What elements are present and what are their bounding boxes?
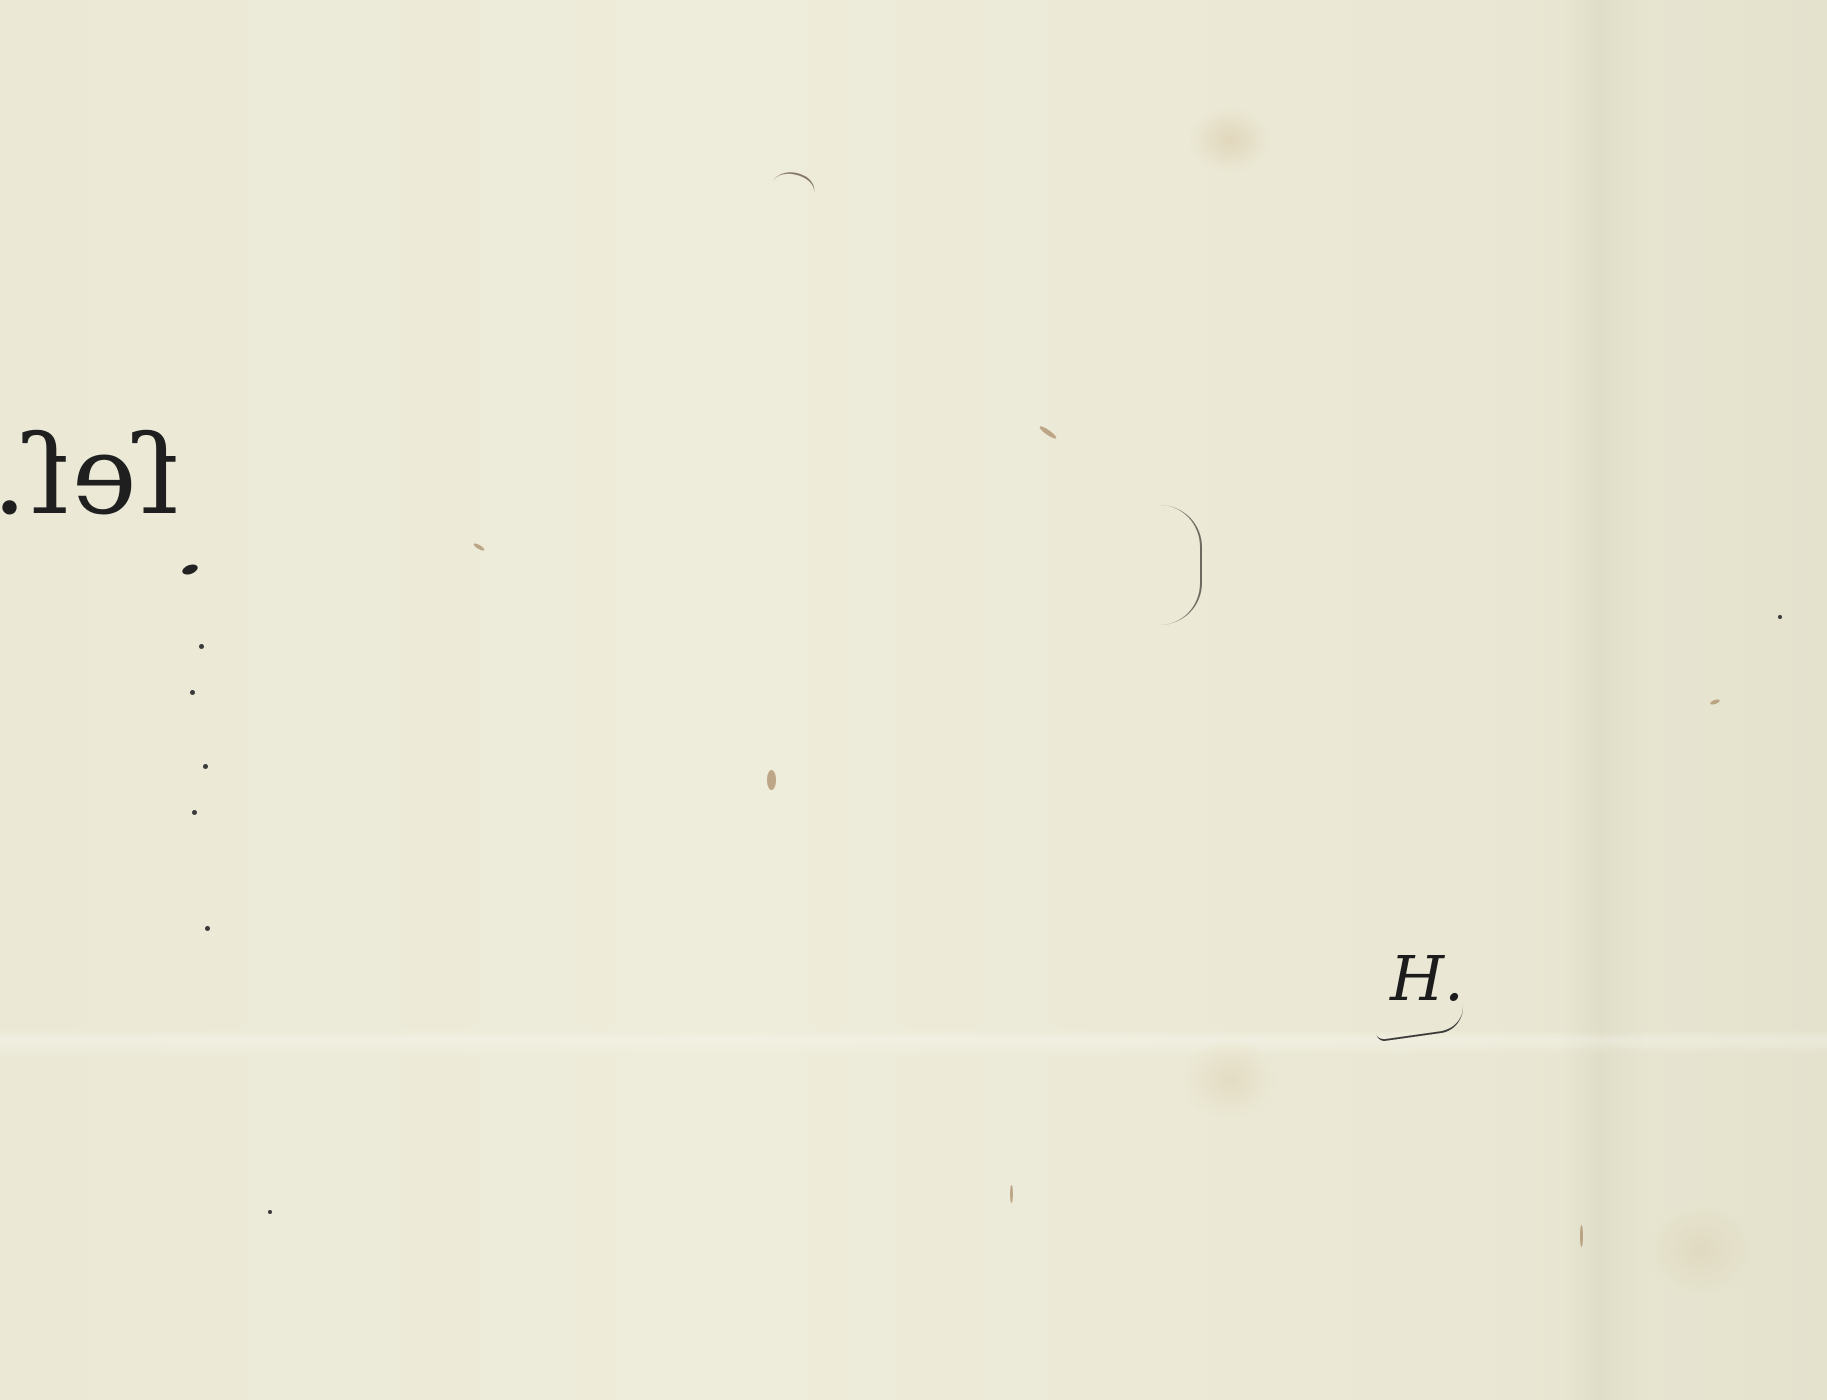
ink-speck: [190, 690, 195, 695]
signature-initial: H.: [1390, 948, 1464, 1010]
mirrored-text-fragment: ſeſ.: [0, 420, 180, 530]
ink-speck: [203, 764, 208, 769]
ink-speck: [205, 926, 210, 931]
ink-speck: [199, 644, 204, 649]
ink-speck: [268, 1210, 272, 1214]
paper-surface: [0, 0, 1827, 1400]
ink-speck: [1778, 615, 1782, 619]
paper-fiber: [1580, 1225, 1583, 1247]
paper-fiber: [1010, 1185, 1013, 1203]
paper-fiber: [767, 770, 776, 790]
ink-speck: [192, 810, 197, 815]
